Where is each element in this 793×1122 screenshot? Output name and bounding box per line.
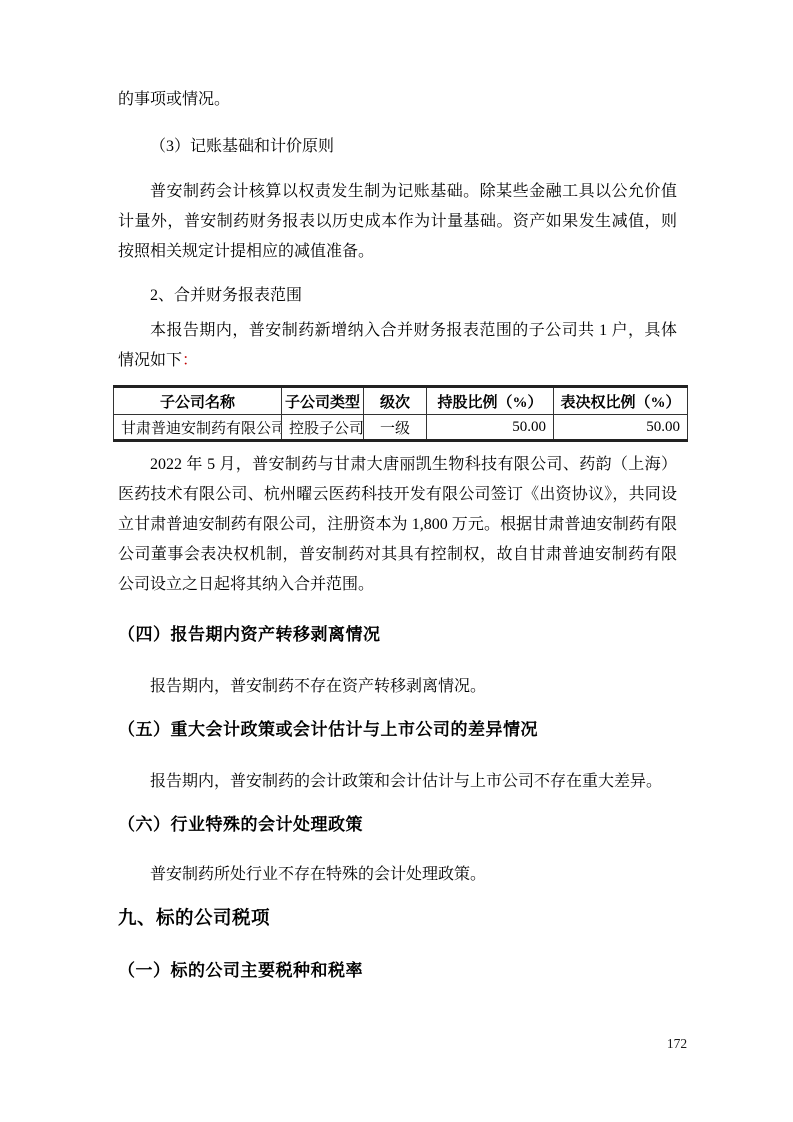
table-header-row: 子公司名称 子公司类型 级次 持股比例（%） 表决权比例（%） — [114, 387, 688, 415]
paragraph-section-4: 报告期内，普安制药不存在资产转移剥离情况。 — [118, 672, 677, 702]
subheading-merge-scope: 2、合并财务报表范围 — [118, 281, 677, 311]
heading-section-4: （四）报告期内资产转移剥离情况 — [118, 622, 677, 648]
col-header-subsidiary-type: 子公司类型 — [282, 387, 364, 415]
scope-intro-colon: ： — [182, 352, 198, 369]
subsidiary-table: 子公司名称 子公司类型 级次 持股比例（%） 表决权比例（%） 甘肃普迪安制药有… — [113, 385, 688, 442]
col-header-shareholding-ratio: 持股比例（%） — [427, 387, 554, 415]
subheading-item-3: （3）记账基础和计价原则 — [118, 132, 677, 162]
cell-voting-ratio: 50.00 — [554, 415, 688, 441]
document-page: 的事项或情况。 （3）记账基础和计价原则 普安制药会计核算以权责发生制为记账基础… — [0, 0, 793, 1122]
paragraph-2022-agreement: 2022 年 5 月，普安制药与甘肃大唐丽凯生物科技有限公司、药韵（上海）医药技… — [118, 450, 677, 600]
paragraph-section-6: 普安制药所处行业不存在特殊的会计处理政策。 — [118, 860, 677, 890]
page-number: 172 — [655, 1036, 699, 1052]
col-header-level: 级次 — [364, 387, 427, 415]
heading-section-9-1: （一）标的公司主要税种和税率 — [118, 958, 677, 984]
paragraph-scope-intro: 本报告期内，普安制药新增纳入合并财务报表范围的子公司共 1 户，具体情况如下： — [118, 316, 677, 376]
cell-shareholding-ratio: 50.00 — [427, 415, 554, 441]
heading-section-6: （六）行业特殊的会计处理政策 — [118, 812, 677, 838]
cell-level: 一级 — [364, 415, 427, 441]
cell-subsidiary-name: 甘肃普迪安制药有限公司 — [114, 415, 282, 441]
col-header-voting-ratio: 表决权比例（%） — [554, 387, 688, 415]
paragraph-carryover: 的事项或情况。 — [118, 85, 677, 115]
scope-intro-text: 本报告期内，普安制药新增纳入合并财务报表范围的子公司共 1 户，具体情况如下 — [118, 322, 677, 369]
col-header-subsidiary-name: 子公司名称 — [114, 387, 282, 415]
paragraph-accounting-basis: 普安制药会计核算以权责发生制为记账基础。除某些金融工具以公允价值计量外，普安制药… — [118, 177, 677, 267]
cell-subsidiary-type: 控股子公司 — [282, 415, 364, 441]
heading-section-5: （五）重大会计政策或会计估计与上市公司的差异情况 — [118, 717, 677, 743]
table-row: 甘肃普迪安制药有限公司 控股子公司 一级 50.00 50.00 — [114, 415, 688, 441]
heading-chapter-9: 九、标的公司税项 — [118, 903, 677, 933]
paragraph-section-5: 报告期内，普安制药的会计政策和会计估计与上市公司不存在重大差异。 — [118, 767, 677, 797]
document-content: 的事项或情况。 （3）记账基础和计价原则 普安制药会计核算以权责发生制为记账基础… — [118, 85, 677, 984]
